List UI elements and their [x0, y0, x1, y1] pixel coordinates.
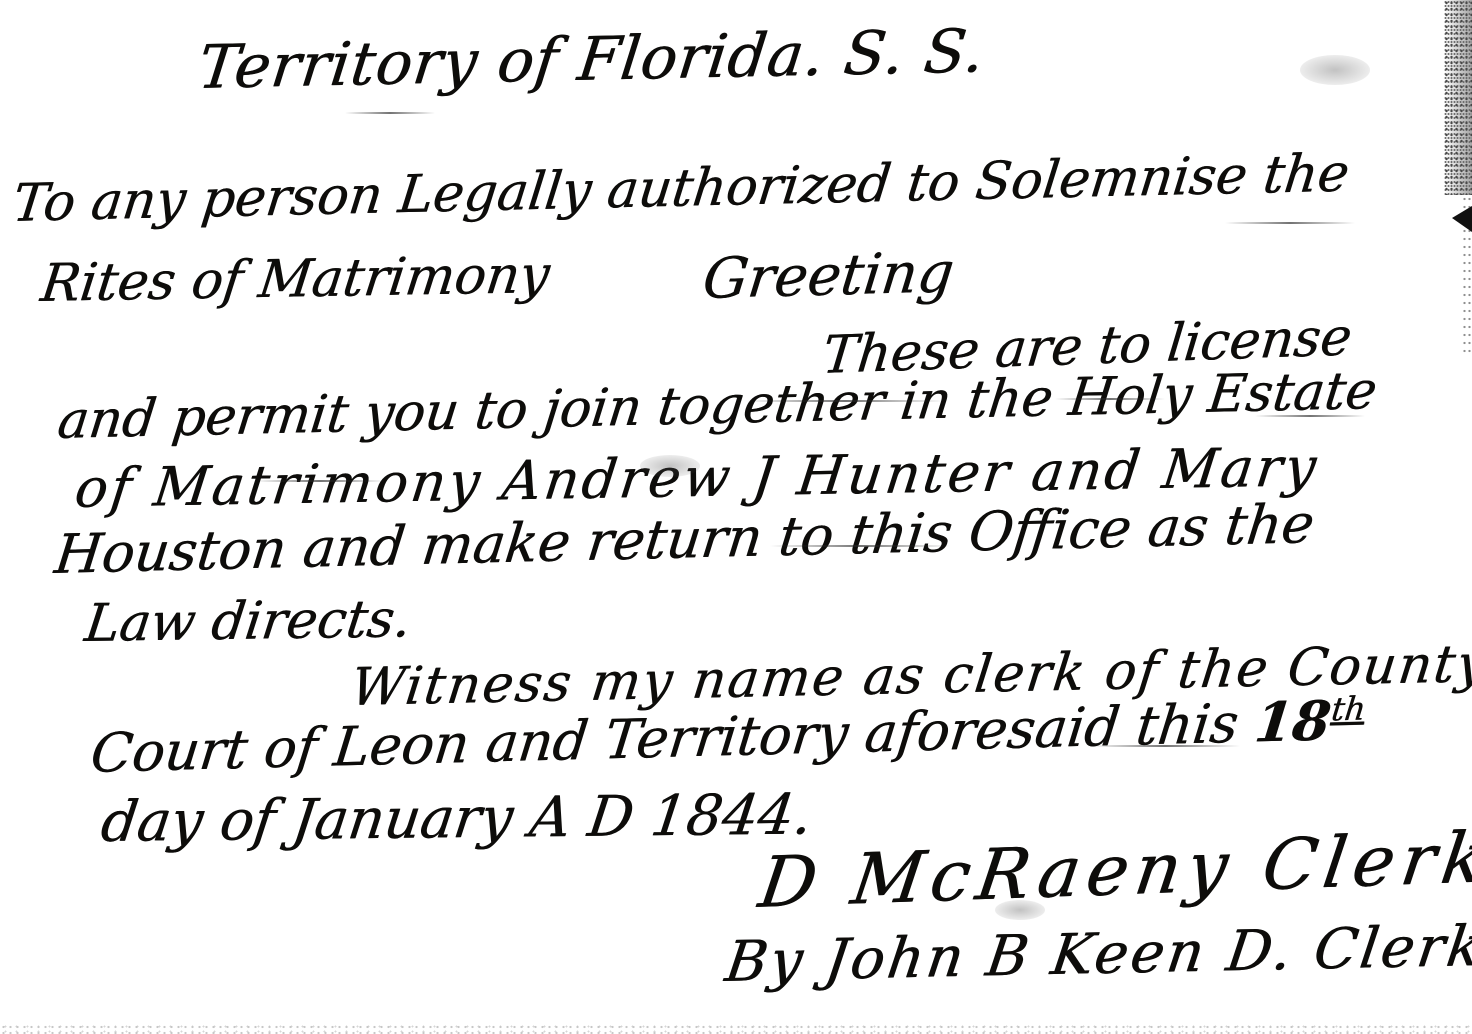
salutation-line-2: Rites of Matrimony — [38, 249, 552, 310]
body-line-2: and permit you to join together in the H… — [55, 365, 1379, 447]
scan-streak — [1225, 222, 1355, 224]
scan-smudge — [1300, 55, 1370, 85]
salutation-line-1: To any person Legally authorized to Sole… — [10, 148, 1352, 230]
scan-noise-right-edge — [1444, 0, 1472, 195]
deputy-clerk-signature: By John B Keen D. Clerk — [722, 919, 1472, 991]
scan-smudge — [995, 900, 1045, 920]
scan-smudge — [640, 455, 700, 477]
scan-streak — [1090, 745, 1240, 747]
body-line-5: Law directs. — [82, 593, 414, 650]
scanned-marriage-license-page: Territory of Florida. S. S. To any perso… — [0, 0, 1472, 1034]
attestation-line-3: day of January A D 1844. — [98, 787, 815, 851]
scan-streak — [745, 400, 945, 402]
scan-streak — [345, 112, 435, 114]
document-title: Territory of Florida. S. S. — [195, 21, 988, 98]
scan-streak — [770, 545, 950, 547]
scan-streak — [1055, 398, 1165, 400]
attestation-day-ordinal: th — [1329, 689, 1367, 728]
scan-streak — [1255, 415, 1365, 417]
scan-noise-bottom-edge — [0, 1024, 1472, 1034]
scan-artifact-triangle — [1452, 206, 1472, 232]
scan-streak — [255, 480, 385, 482]
clerk-signature: D McRaeny Clerk — [755, 822, 1472, 918]
greeting-word: Greeting — [700, 245, 956, 308]
attestation-day-number: 18 — [1251, 688, 1333, 754]
attestation-line-2: Court of Leon and Territory aforesaid th… — [88, 692, 1367, 781]
